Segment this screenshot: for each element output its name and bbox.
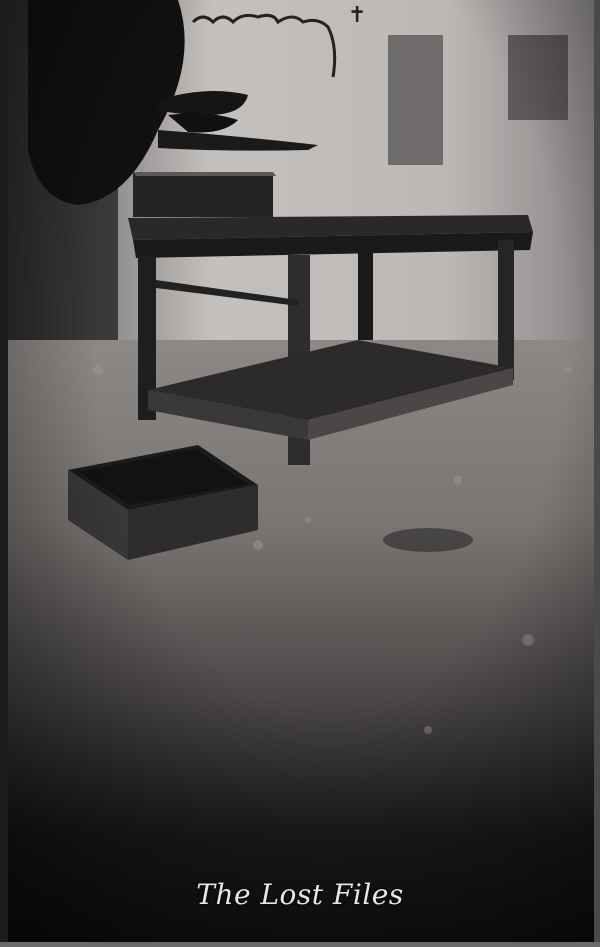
- cover-bottom-edge: [0, 942, 600, 947]
- book-cover: ✝ The Lo: [0, 0, 600, 947]
- cover-photo: ✝: [8, 0, 594, 942]
- cover-right-edge: [594, 0, 600, 947]
- book-title: The Lost Files: [0, 878, 600, 911]
- cover-left-edge: [0, 0, 8, 947]
